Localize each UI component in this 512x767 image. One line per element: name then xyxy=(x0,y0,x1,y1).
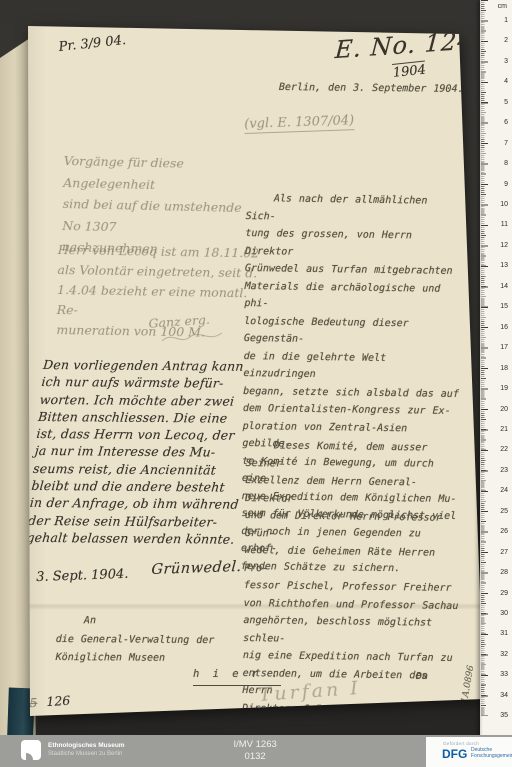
ruler-mark-label: 14 xyxy=(500,283,508,290)
ruler-mark-label: 25 xyxy=(500,508,508,515)
ruler-mark-label: 7 xyxy=(504,140,508,147)
ruler-mark-label: 18 xyxy=(500,365,508,372)
shelfmark-line2: 0132 xyxy=(233,751,276,763)
ink-note-date: 3. Sept. 1904. xyxy=(36,567,129,585)
funding-org-name: Deutsche Forschungsgemeinschaft xyxy=(471,748,511,759)
ruler-mark-label: 20 xyxy=(500,406,508,413)
ruler-mark-label: 9 xyxy=(504,181,508,188)
institution-name: Ethnologisches Museum xyxy=(48,742,125,750)
pencil-reference-note: (vgl. E. 1307/04) xyxy=(244,113,355,134)
page-number: 126 xyxy=(46,693,71,709)
ruler-mark-label: 3 xyxy=(504,58,508,65)
institution-block: Ethnologisches Museum Staatliche Museen … xyxy=(20,739,125,761)
ruler-mark-label: 33 xyxy=(500,671,508,678)
ruler-mark-label: 29 xyxy=(500,590,508,597)
ruler-mark-label: 31 xyxy=(500,630,508,637)
ruler-mark-label: 6 xyxy=(504,119,508,126)
body-paragraph-2: Dieses Komité, dem ausser Seiner Exzelle… xyxy=(242,437,462,755)
ruler-mark-label: 19 xyxy=(500,385,508,392)
ruler-mark-label: 8 xyxy=(504,160,508,167)
document-scan: Pr. 3/9 04. E. No. 1249 1904 Berlin, den… xyxy=(0,0,512,767)
ruler-mark-label: 4 xyxy=(504,78,508,85)
ruler-unit-label: cm xyxy=(498,3,507,10)
ruler-mark-label: 5 xyxy=(504,99,508,106)
ruler-mark-label: 16 xyxy=(500,324,508,331)
registry-year: 1904 xyxy=(392,61,427,81)
praesentatum-mark: Pr. 3/9 04. xyxy=(58,33,127,55)
smb-logo-icon xyxy=(20,739,42,761)
archive-footer-bar: Ethnologisches Museum Staatliche Museen … xyxy=(0,735,512,767)
ruler-mark-label: 32 xyxy=(500,651,508,658)
ink-endorsement-note: Den vorliegenden Antrag kann ich nur auf… xyxy=(26,356,262,548)
ruler-mark-label: 35 xyxy=(500,712,508,719)
page-number-previous: 125 xyxy=(14,696,38,711)
registry-number: E. No. 1249 xyxy=(334,25,491,64)
address-block: An die General-Verwaltung der Königliche… xyxy=(56,612,246,669)
ruler-mark-label: 26 xyxy=(500,528,508,535)
ruler-mark-label: 2 xyxy=(504,37,508,44)
pencil-signature-scribble xyxy=(160,330,224,346)
ruler-mark-label: 15 xyxy=(500,303,508,310)
dfg-logo: DFG xyxy=(442,747,467,761)
ruler-mark-label: 13 xyxy=(500,262,508,269)
ruler-mark-label: 34 xyxy=(500,692,508,699)
catchword: Da xyxy=(416,668,428,686)
letter-page: Pr. 3/9 04. E. No. 1249 1904 Berlin, den… xyxy=(0,0,512,767)
dateline: Berlin, den 3. September 1904. xyxy=(279,79,464,98)
funding-pretext: Gefördert durch xyxy=(443,741,479,746)
ruler-mark-label: 1 xyxy=(504,17,508,24)
edge-inventory-number: 1A.0896 xyxy=(460,665,476,704)
ruler-mark-label: 27 xyxy=(500,549,508,556)
shelfmark-line1: I/MV 1263 xyxy=(233,739,276,751)
ruler-mark-label: 23 xyxy=(500,467,508,474)
ruler-mark-label: 17 xyxy=(500,344,508,351)
ruler-mark-label: 10 xyxy=(500,201,508,208)
ruler-mark-label: 24 xyxy=(500,487,508,494)
ruler-mark-label: 22 xyxy=(500,446,508,453)
ruler-mark-label: 30 xyxy=(500,610,508,617)
ruler-mark-label: 28 xyxy=(500,569,508,576)
ink-signature: Grünwedel. xyxy=(151,559,242,578)
ruler-mark-label: 11 xyxy=(501,221,508,228)
measurement-ruler: cm 1234567891011121314151617181920212223… xyxy=(480,0,512,739)
archive-scan-page: Pr. 3/9 04. E. No. 1249 1904 Berlin, den… xyxy=(0,0,512,767)
ruler-mark-label: 12 xyxy=(500,242,508,249)
dfg-funding-block: Gefördert durch DFG Deutsche Forschungsg… xyxy=(426,737,512,767)
shelfmark: I/MV 1263 0132 xyxy=(233,739,276,763)
ruler-mark-label: 21 xyxy=(500,426,508,433)
institution-subtitle: Staatliche Museen zu Berlin xyxy=(48,750,125,758)
